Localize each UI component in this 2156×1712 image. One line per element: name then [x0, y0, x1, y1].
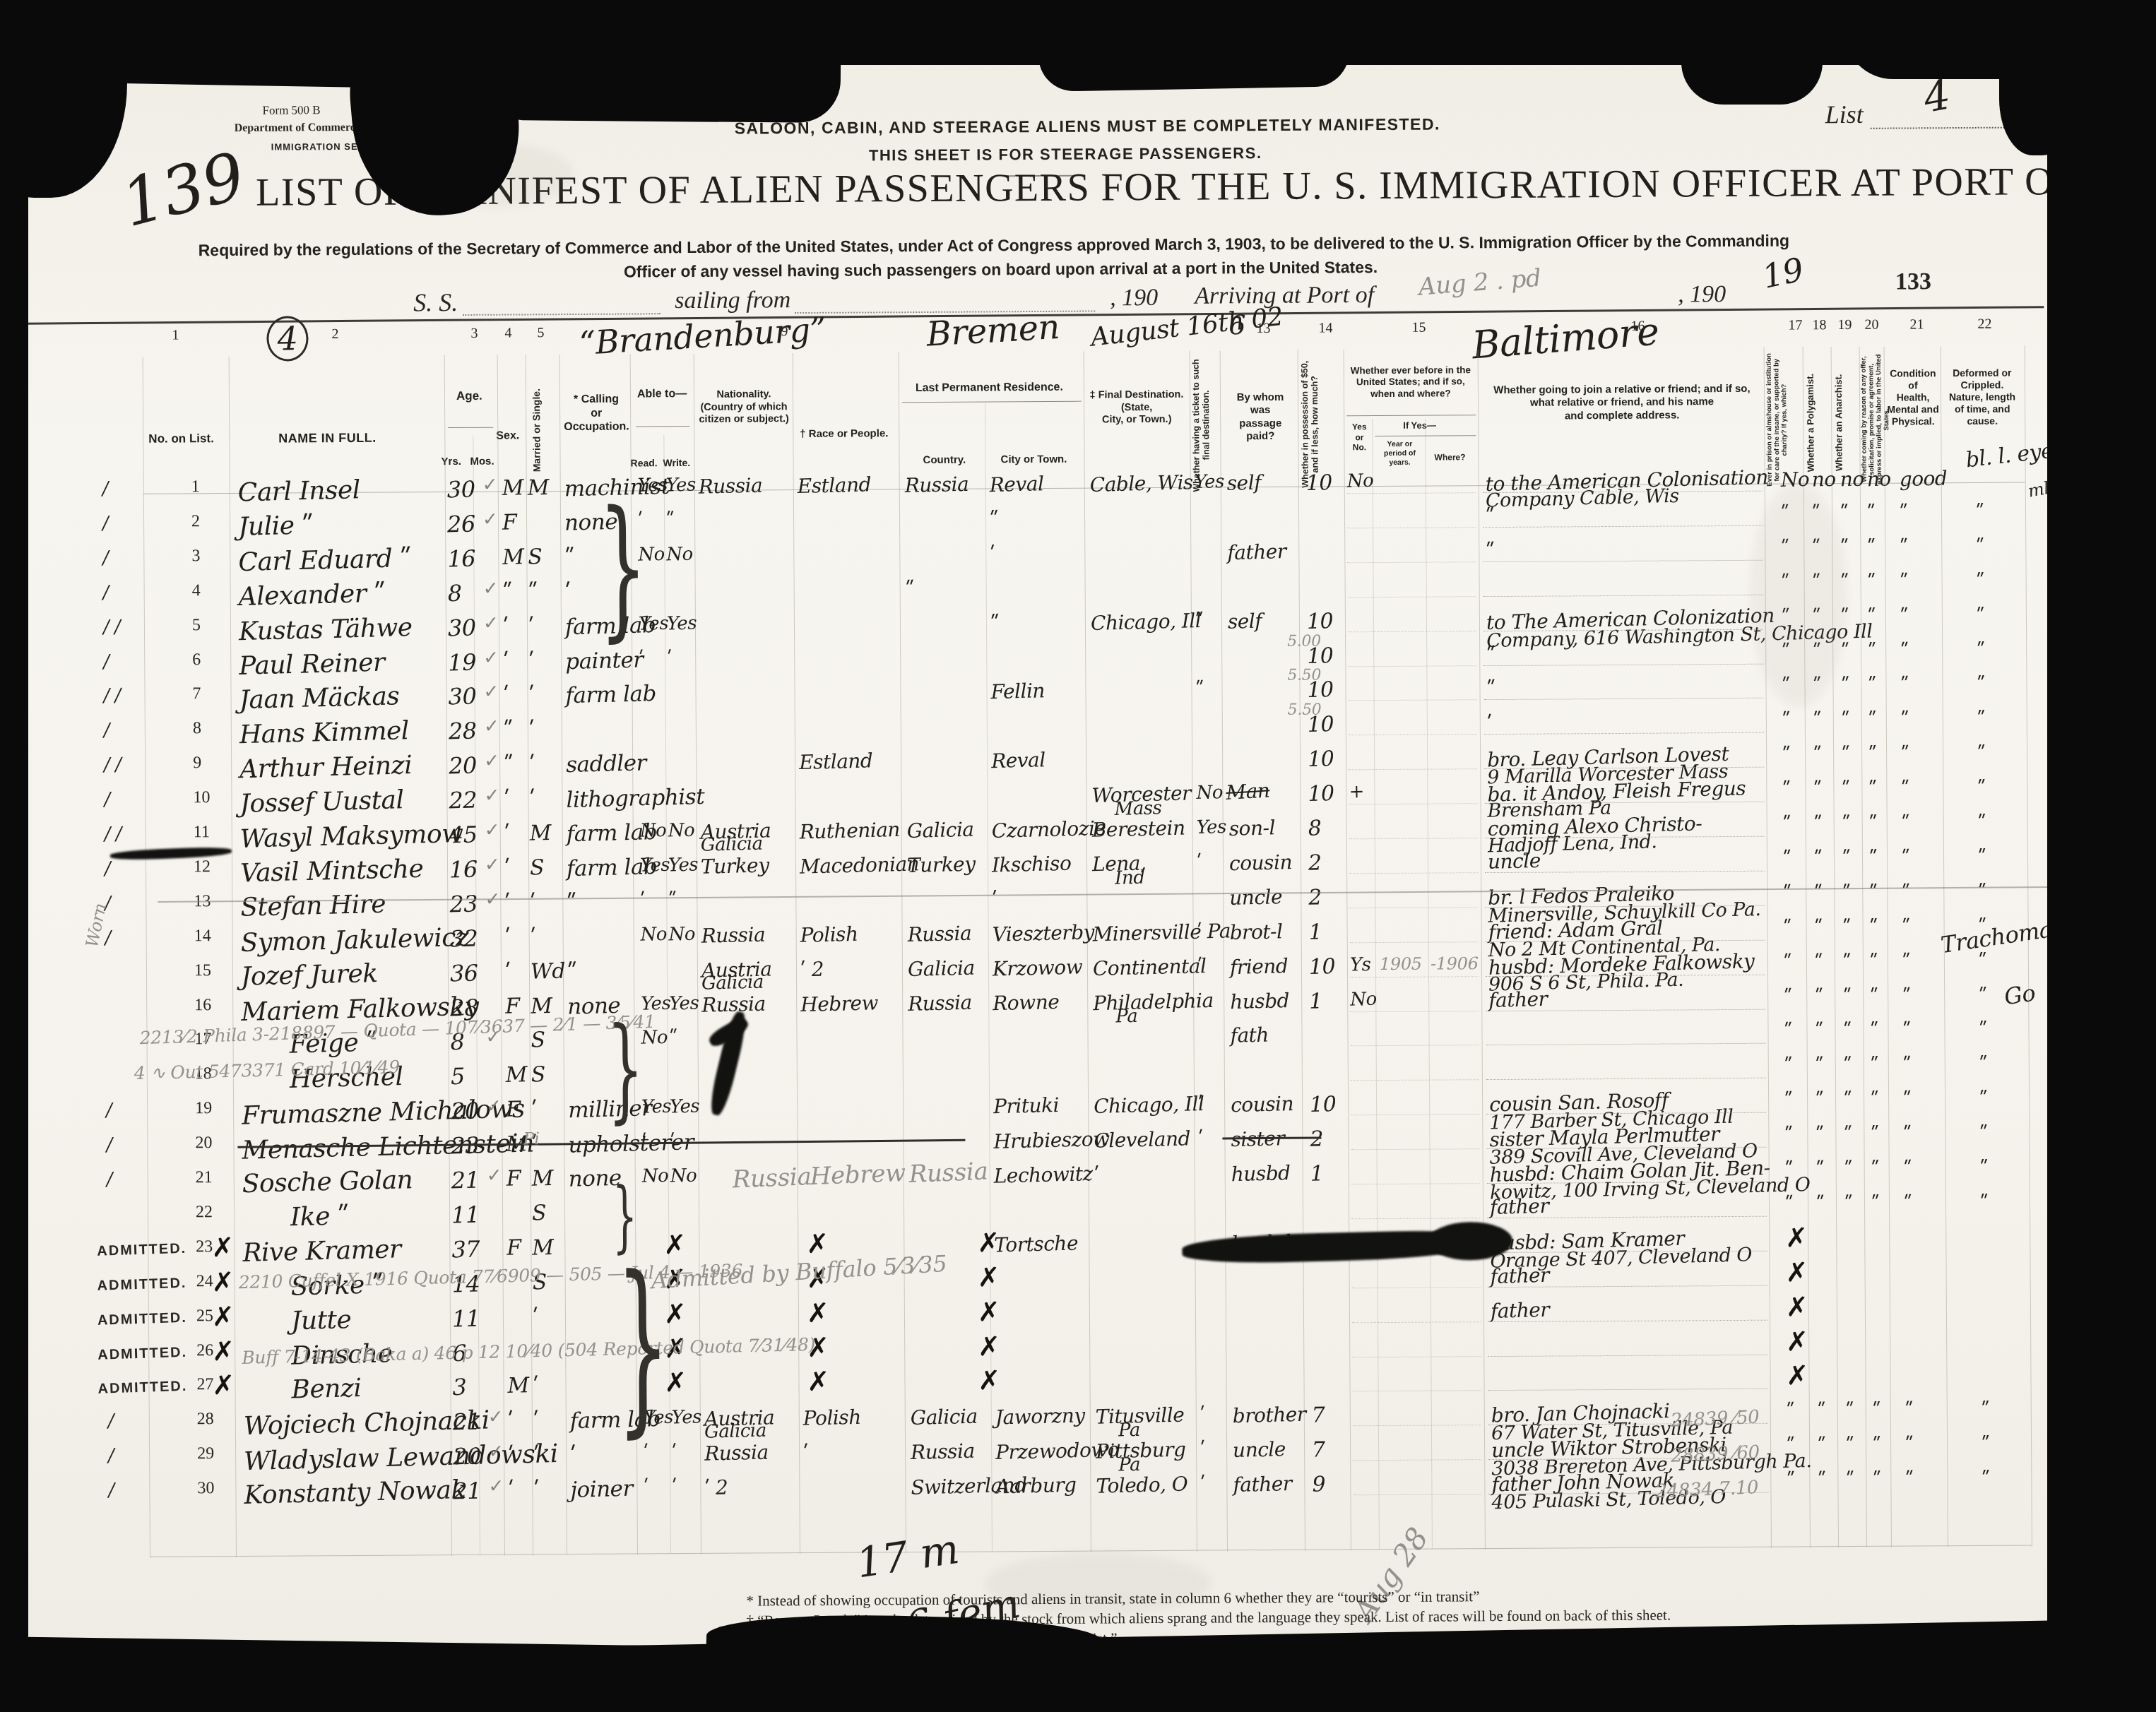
cell-sex: M	[507, 1374, 529, 1399]
cell-t: ∕	[104, 789, 110, 810]
before-column-dotted-rule	[1349, 907, 1478, 908]
admitted-stamp: ADMITTED.	[97, 1275, 187, 1294]
cell-age: 21	[452, 1408, 481, 1436]
x-mark: ✗	[978, 1365, 1000, 1396]
annotation-go: Go	[2003, 980, 2037, 1011]
cell-t: ∕	[106, 1100, 112, 1121]
cell-sex: ʹ	[503, 648, 509, 673]
cell-pencil-money: 5.50	[1288, 701, 1322, 719]
circled-sheet-number: 4	[266, 319, 309, 358]
cell-mo: 1	[1310, 1161, 1323, 1186]
before-column-dotted-rule	[1351, 1045, 1479, 1047]
cell-wr: Yes	[671, 1407, 701, 1429]
form-number: Form 500 B	[262, 103, 320, 118]
column-number: 19	[1837, 317, 1852, 333]
before-column-dotted-rule	[1351, 1114, 1479, 1115]
cell-age: 22	[449, 787, 478, 814]
cell-race: ʹ 2	[800, 957, 824, 981]
cell-no: 5	[192, 616, 201, 635]
cell-tk: ʹ	[1198, 1128, 1204, 1149]
cell-ditto-22: ʺ	[1976, 501, 1984, 523]
cell-name: Hans Kimmel	[239, 716, 409, 749]
cell-sex: F	[506, 1097, 521, 1122]
cell-ditto-22: ʺ	[1977, 812, 1986, 833]
annotation-17-m: 17 m	[853, 1525, 962, 1587]
col-header-name: NAME IN FULL.	[278, 431, 377, 446]
cell-sex: F	[502, 510, 517, 535]
before-column-dotted-rule	[1349, 700, 1477, 701]
before-column-dotted-rule	[1353, 1459, 1481, 1461]
admitted-stamp: ADMITTED.	[97, 1309, 188, 1328]
age-rule	[448, 427, 493, 428]
cell-ci: Tortsche	[994, 1231, 1078, 1256]
cell-sex: M	[502, 545, 524, 570]
cell-pd: uncle	[1233, 1437, 1286, 1462]
admitted-stamp: ADMITTED.	[97, 1344, 188, 1363]
cell-ditto-18: ʺ	[1816, 1193, 1825, 1214]
cell-ditto-19: ʺ	[1846, 1434, 1854, 1456]
cell-age: 20	[449, 752, 478, 780]
x-mark: ✗	[977, 1261, 1000, 1292]
cell-ditto-22: ʺ	[1979, 950, 1987, 971]
cell-rd: No	[640, 924, 667, 946]
arriving-label: Arriving at Port of	[1195, 282, 1374, 310]
cell-no: 28	[197, 1410, 214, 1429]
before-column-dotted-rule	[1347, 492, 1476, 494]
cell-ditto-18: ʺ	[1815, 986, 1823, 1007]
cell-chk: ✓	[488, 1407, 504, 1428]
before-column-dotted-rule	[1349, 734, 1477, 735]
x-mark: ✗	[806, 1228, 829, 1259]
cell-chk: ✓	[488, 1476, 504, 1497]
cell-t: ∕	[102, 513, 109, 534]
cell-ms: ʹ	[533, 1442, 540, 1467]
cell-ditto-22: ʺ	[1976, 570, 1984, 591]
cell-ditto-20: ʺ	[1871, 1124, 1879, 1145]
cell-ditto-20: ʺ	[1869, 848, 1878, 869]
cell-no: 6	[192, 650, 201, 670]
cell-ci: Lechowitz	[993, 1162, 1093, 1188]
cell-chk: ✓	[484, 751, 499, 772]
cell-ms: ʹ	[529, 751, 535, 776]
x-mark: ✗	[1785, 1256, 1808, 1288]
cell-ditto-18: ʺ	[1818, 1469, 1826, 1490]
cell-rd: No	[639, 820, 666, 842]
cell-ditto-22: ʺ	[1981, 1399, 1989, 1420]
annotation-24839-50: 24839 ⁄50	[1670, 1407, 1760, 1432]
cell-pd: father	[1233, 1472, 1292, 1497]
col-header-sex: Sex.	[496, 429, 519, 442]
scan-tear-top-4	[1038, 18, 1350, 92]
cell-sex: ʹ	[504, 925, 511, 949]
cell-ditto-20: ʺ	[1870, 951, 1878, 972]
cell-co: Russia	[904, 472, 969, 497]
cell-mo: 8	[1308, 816, 1321, 840]
cell-race: Polish	[800, 922, 858, 946]
cell-tk: ʹ	[1198, 1093, 1204, 1114]
cell-rd: ʹ	[640, 889, 646, 910]
annotation-russia: Russia	[732, 1163, 812, 1194]
column-number: 2	[331, 326, 338, 343]
ss-label: S. S.	[413, 287, 458, 317]
banner-manifested: SALOON, CABIN, AND STEERAGE ALIENS MUST …	[735, 114, 1440, 138]
annotation-28839-60: 28839 ⁄60	[1671, 1442, 1760, 1467]
cell-no: 27	[196, 1376, 213, 1395]
cell-ditto-17: ʺ	[1784, 1158, 1793, 1179]
cell-ditto-18: ʺ	[1814, 848, 1823, 869]
cell-pd: uncle	[1229, 885, 1283, 910]
cell-tk: ʺ	[1195, 610, 1204, 631]
col-header-year: Year or period of years.	[1375, 440, 1424, 468]
scanned-manifest-page: Form 500 B Department of Commerce and La…	[0, 0, 2156, 1712]
cell-ci: Ikschiso	[992, 852, 1072, 877]
cell-ms: ʹ	[528, 718, 535, 742]
cell-sex: ʹ	[504, 890, 511, 915]
cell-ditto-22: ʺ	[1977, 674, 1985, 695]
cell-no: 29	[197, 1444, 214, 1463]
cell-name: Wasyl Maksymow	[239, 819, 463, 854]
cell-ms: ʹ	[531, 1097, 538, 1122]
cell-no: 8	[193, 720, 201, 739]
col-header-country: Country.	[923, 454, 966, 466]
col-header-residence: Last Permanent Residence.	[916, 381, 1063, 395]
cell-ditto-20: ʺ	[1868, 813, 1877, 834]
cell-chk: ✓	[488, 1441, 504, 1463]
circled-number-value: 4	[266, 316, 309, 362]
cell-ci: Jaworzny	[995, 1404, 1085, 1429]
cell-ditto-19: ʺ	[1844, 1089, 1852, 1110]
cell-age: 3	[452, 1374, 467, 1401]
cell-ditto-17: ʺ	[1787, 1435, 1795, 1456]
cell-co: Russia	[908, 990, 972, 1015]
cell-sex: ʹ	[504, 821, 510, 845]
cell-ditto-20: ʺ	[1871, 1089, 1879, 1110]
cell-mo: 10	[1308, 781, 1334, 807]
cell-wr: ʹ	[672, 1476, 677, 1497]
cell-ditto-20: no	[1866, 467, 1891, 491]
cell-rd: Yes	[640, 855, 670, 876]
cell-no: 11	[194, 823, 210, 842]
col-header-yrs-mos: Yrs. Mos.	[441, 456, 494, 468]
cell-ditto-19: ʺ	[1841, 674, 1849, 696]
cell-ditto-21: good	[1899, 466, 1947, 491]
sailing-port-handwritten: Bremen	[925, 307, 1060, 355]
cell-ms: ʹ	[533, 1304, 539, 1329]
cell-chk: ✓	[483, 647, 499, 668]
cell-co: ʺ	[905, 577, 914, 600]
cell-j1: uncle	[1488, 849, 1541, 874]
cell-ditto-20: ʺ	[1868, 640, 1876, 661]
cell-pd: husbd	[1230, 989, 1290, 1013]
family-brace-4: }	[615, 1237, 670, 1454]
cell-tk: ʹ	[1197, 851, 1202, 872]
cell-occ: farm lab	[565, 681, 656, 708]
x-mark: ✗	[807, 1366, 829, 1397]
annotation-6: 6	[1228, 309, 1245, 340]
cell-ditto-21: ʺ	[1900, 605, 1909, 626]
cell-ci: Reval	[989, 472, 1043, 497]
cell-no: 16	[194, 996, 211, 1015]
scan-tear-top-1	[20, 25, 389, 88]
cell-age: 30	[446, 475, 475, 503]
residence-rule	[902, 401, 1082, 403]
col-header-age: Age.	[456, 389, 482, 403]
cell-nat: Russia	[704, 1441, 769, 1466]
cell-mo: 7	[1311, 1403, 1325, 1428]
cell-pd: brot-l	[1229, 920, 1283, 944]
column-number: 16	[1630, 319, 1645, 335]
cell-ditto-21: ʺ	[1905, 1434, 1914, 1456]
cell-name: Alexander ʺ	[238, 578, 386, 611]
cell-ditto-21: ʺ	[1901, 744, 1909, 765]
cell-ditto-20: ʺ	[1871, 1158, 1879, 1179]
cell-race: ʹ	[803, 1441, 809, 1464]
cell-ms: ʹ	[533, 1374, 539, 1398]
cell-sex: ʹ	[508, 1443, 514, 1468]
cell-no: 20	[195, 1134, 212, 1153]
cell-name: Julie ʺ	[238, 511, 314, 542]
cell-ditto-21: ʺ	[1903, 1123, 1912, 1144]
cell-occ: ʹ	[564, 579, 571, 605]
col-header-able: Able to—	[637, 388, 687, 400]
x-mark: ✗	[212, 1369, 235, 1401]
x-mark: ✗	[212, 1335, 235, 1366]
col-header-destination: ‡ Final Destination. (State, City, or To…	[1085, 389, 1188, 427]
cell-pd: cousin	[1229, 850, 1293, 875]
ss-dotted-1	[463, 313, 661, 316]
cell-ditto-22: ʺ	[1978, 847, 1986, 868]
cell-j1: ʹ	[1486, 711, 1492, 735]
before-column-dotted-rule	[1348, 631, 1476, 632]
cell-ditto-20: ʺ	[1873, 1434, 1881, 1456]
cell-ditto-21: ʺ	[1902, 916, 1910, 937]
cell-wr: ʺ	[669, 1027, 677, 1048]
cell-sex: ʹ	[503, 683, 509, 708]
cell-ms: M	[527, 475, 549, 501]
cell-t: ∕	[102, 582, 109, 603]
cell-wr: Yes	[667, 612, 697, 634]
cell-sex: F	[505, 994, 520, 1019]
cell-ditto-19: ʺ	[1845, 1400, 1854, 1421]
col-header-paid: By whom was passage paid?	[1224, 391, 1297, 444]
cell-ditto-21: ʺ	[1902, 985, 1911, 1006]
before-column-dotted-rule	[1353, 1425, 1481, 1426]
cell-ci: Vieszterby	[992, 920, 1094, 946]
cell-occ: ʺ	[567, 890, 577, 915]
col-header-no: No. on List.	[148, 432, 214, 446]
cell-no: 1	[191, 477, 200, 497]
x-mark: ✗	[807, 1297, 829, 1328]
cell-chk: ✓	[485, 820, 500, 841]
cell-age: 32	[449, 925, 478, 952]
cell-no: 21	[196, 1168, 213, 1187]
cell-ditto-20: ʺ	[1867, 502, 1876, 523]
annotation-pi: Pi	[523, 1129, 539, 1148]
column-number: 3	[470, 326, 478, 342]
before-column-dotted-rule	[1354, 1494, 1482, 1495]
cell-name: Sosche Golan	[242, 1165, 413, 1199]
cell-ditto-20: ʺ	[1868, 674, 1876, 696]
cell-ditto-19: ʺ	[1841, 709, 1849, 730]
cell-byr: 1905	[1380, 953, 1422, 973]
cell-t: ∕	[103, 650, 109, 672]
cell-ditto-17: ʺ	[1786, 1401, 1794, 1422]
cell-ditto-22: ʺ	[1976, 535, 1984, 557]
col-header-city: City or Town.	[1000, 453, 1067, 466]
sheet-number-printed: 133	[1895, 268, 1931, 295]
subtitle-line1: Required by the regulations of the Secre…	[199, 231, 1789, 260]
column-number: 4	[504, 326, 511, 342]
cell-ditto-21: ʺ	[1903, 1158, 1912, 1179]
cell-ditto-20: ʺ	[1868, 778, 1877, 799]
sheet-content: Form 500 B Department of Commerce and La…	[22, 28, 2054, 1691]
cell-ditto-22: ʺ	[1977, 708, 1985, 730]
cell-ditto-21: ʺ	[1902, 1020, 1911, 1041]
cell-ci: Krzowow	[993, 955, 1083, 980]
cell-ditto-22: ʺ	[1979, 1054, 1987, 1075]
cell-age: 11	[451, 1304, 480, 1332]
cell-co: Russia	[911, 1439, 975, 1464]
cell-de: Cable, Wis	[1089, 470, 1193, 497]
cell-mo: 10	[1308, 954, 1335, 980]
family-brace-2: }	[607, 1002, 644, 1134]
cell-ditto-22: ʺ	[1982, 1468, 1990, 1490]
column-number: 1	[172, 327, 179, 343]
cell-ms: ʹ	[528, 648, 535, 673]
cell-tk: ʹ	[1200, 1473, 1206, 1494]
cell-ditto-17: ʺ	[1784, 1055, 1792, 1076]
cell-no: 25	[196, 1307, 213, 1326]
scan-tear-top-3	[494, 20, 841, 123]
family-brace-1: }	[598, 478, 648, 655]
cell-ditto-21: ʺ	[1902, 847, 1910, 868]
cell-ms: ʺ	[528, 579, 538, 604]
before-column-dotted-rule	[1350, 976, 1479, 977]
cell-byn: +	[1349, 781, 1364, 803]
cell-name: Carl Insel	[237, 475, 360, 507]
cell-sex: ʹ	[508, 1478, 514, 1502]
cell-t: ∕	[105, 858, 111, 879]
cell-ditto-17: ʺ	[1784, 1090, 1793, 1111]
x-mark: ✗	[211, 1232, 234, 1263]
cell-t: ∕	[102, 478, 108, 499]
cell-ditto-17: ʺ	[1785, 1193, 1794, 1214]
cell-wr: ʺ	[668, 889, 677, 910]
cell-nat: Turkey	[701, 853, 769, 878]
cell-name: Jaan Mäckas	[239, 682, 400, 715]
cell-co: Russia	[907, 921, 971, 946]
cell-name: Jossef Uustal	[239, 785, 404, 819]
cell-race: Estland	[799, 749, 873, 775]
cell-ms: ʹ	[533, 1477, 540, 1502]
cell-ditto-18: ʺ	[1816, 1089, 1824, 1110]
cell-ditto-18: ʺ	[1813, 709, 1821, 730]
cell-ms: M	[529, 821, 551, 846]
x-mark: ✗	[978, 1296, 1000, 1327]
cell-mo: 1	[1309, 989, 1322, 1013]
cell-ci: Prituki	[993, 1093, 1060, 1118]
cell-no: 2	[191, 512, 200, 531]
cell-chk: ✓	[483, 578, 499, 599]
cell-no: 15	[194, 961, 211, 980]
cell-ci: Hrubieszow	[993, 1127, 1110, 1153]
cell-ditto-20: ʺ	[1870, 1054, 1878, 1076]
join-column-dotted-rule	[1484, 698, 1764, 700]
before-column-dotted-rule	[1348, 596, 1476, 598]
cell-ditto-22: ʺ	[1979, 1123, 1988, 1144]
pencil-line-across-row	[158, 886, 2051, 903]
cell-de: Toledo, O	[1096, 1473, 1188, 1498]
cell-occ: ʺ	[564, 545, 575, 570]
scan-band-right	[2047, 0, 2156, 1712]
cell-mo: 10	[1307, 609, 1334, 634]
cell-ditto-21: ʺ	[1900, 536, 1908, 557]
cell-no: 7	[192, 685, 201, 704]
cell-de: Continental	[1093, 954, 1207, 980]
cell-ditto-18: no	[1811, 468, 1836, 492]
x-mark: ✗	[1786, 1326, 1808, 1357]
cell-chk: ✓	[486, 1096, 502, 1117]
col-header-yes-no: Yes or No.	[1346, 422, 1372, 453]
cell-j1: ʺ	[1486, 504, 1495, 528]
cell-sex: ʹ	[504, 787, 510, 812]
cell-ci: Reval	[991, 748, 1046, 773]
cell-ditto-21: ʺ	[1900, 501, 1908, 523]
cell-j1: father	[1491, 1297, 1550, 1322]
column-number: 15	[1411, 320, 1426, 336]
cell-ditto-19: ʺ	[1843, 951, 1852, 972]
cell-ci: Rowne	[993, 989, 1060, 1014]
cell-ditto-22: ʺ	[1977, 605, 1985, 626]
cell-ditto-18: ʺ	[1815, 1020, 1823, 1041]
cell-age: 16	[449, 855, 478, 883]
cell-j1: father	[1490, 1194, 1549, 1219]
cell-byn: No	[1346, 470, 1373, 492]
cell-mo: 2	[1310, 1127, 1323, 1151]
cell-age: 45	[449, 821, 478, 848]
cell-no: 24	[196, 1272, 213, 1291]
cell-j1: ʺ	[1486, 677, 1495, 700]
join-column-dotted-rule	[1486, 1043, 1766, 1045]
cell-name: Paul Reiner	[239, 648, 385, 680]
cell-ditto-22: ʺ	[1979, 1158, 1988, 1179]
cell-ditto-20: ʺ	[1870, 985, 1878, 1006]
cell-ms: ʹ	[529, 786, 535, 811]
cell-no: 30	[197, 1479, 214, 1498]
cell-j1: ʺ	[1486, 642, 1495, 665]
cell-ditto-18: ʺ	[1813, 778, 1822, 799]
cell-ditto-18: ʺ	[1815, 1054, 1823, 1076]
cell-age: 5	[450, 1063, 465, 1090]
cell-tk: ʹ	[1197, 920, 1202, 941]
join-column-dotted-rule	[1483, 560, 1763, 562]
cell-age: 21	[453, 1478, 482, 1505]
cell-ditto-17: ʺ	[1783, 848, 1791, 869]
before-column-dotted-rule	[1352, 1287, 1481, 1288]
cell-race: Macedonian	[800, 852, 920, 878]
cell-chk: ✓	[483, 612, 499, 634]
cell-t: ∕ ∕	[103, 616, 121, 638]
cell-no: 23	[196, 1237, 213, 1256]
cell-ditto-22: ʺ	[1977, 778, 1986, 799]
before-column-dotted-rule	[1349, 803, 1478, 804]
cell-de: ʹ	[1094, 1163, 1099, 1186]
cell-ms: S	[528, 545, 543, 569]
cell-name: Frumaszne Michalows	[242, 1095, 525, 1131]
cell-ditto-19: ʺ	[1842, 744, 1850, 765]
cell-pd: husbd	[1231, 1161, 1291, 1186]
cell-t: ∕	[107, 1410, 114, 1432]
